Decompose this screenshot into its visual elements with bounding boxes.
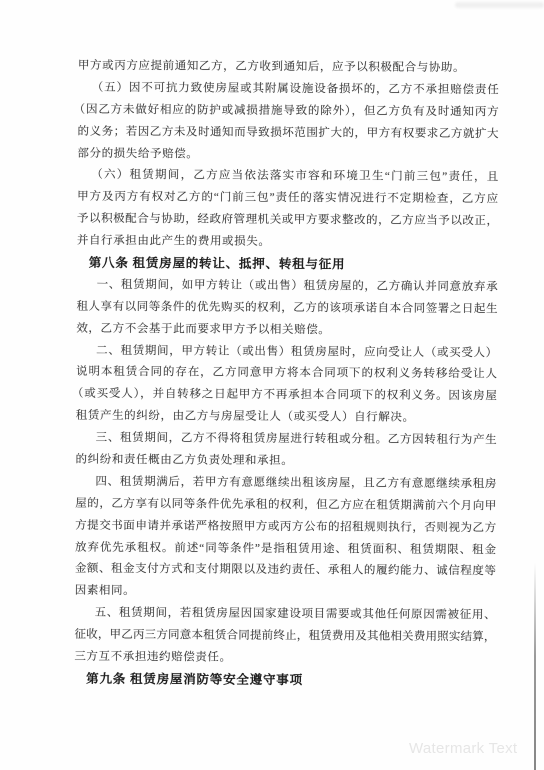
document-line: （或买受人），并自转移之日起甲方不再承担本合同项下的权利义务。因该房屋 xyxy=(76,384,497,408)
document-line: 二、租赁期间，甲方转让（或出售）租赁房屋时，应向受让人（或买受人） xyxy=(76,340,497,364)
document-line: 五、租赁期间，若租赁房屋因国家建设项目需要或其他任何原因需被征用、 xyxy=(75,603,496,627)
document-line: 的义务；若因乙方未及时通知而导致损坏范围扩大的，甲方有权要求乙方就扩大 xyxy=(77,121,498,145)
document-line: 甲方或丙方应提前通知乙方，乙方收到通知后，应予以积极配合与协助。 xyxy=(78,56,499,80)
watermark-text: Watermark Text xyxy=(409,740,517,757)
document-line: 屋的，乙方享有以同等条件优先承租的权利，但乙方应在租赁期满前六个月向甲 xyxy=(75,494,496,518)
document-line: 说明本租赁合同的存在，乙方同意甲方将本合同项下的权利义务转移给受让人 xyxy=(76,362,497,386)
document-line: （因乙方未做好相应的防护或减损措施导致的除外），但乙方负有及时通知丙方 xyxy=(78,99,499,123)
document-line: 租赁产生的纠纷，由乙方与房屋受让人（或买受人）自行解决。 xyxy=(76,406,497,430)
document-line: 金额、租金支付方式和支付期限以及违约责任、承租人的履约能力、诚信程度等 xyxy=(75,559,496,583)
document-line: （六）租赁期间，乙方应当依法落实市容和环境卫生“门前三包”责任，且 xyxy=(77,165,498,189)
scan-smudge xyxy=(455,2,544,8)
document-page: 甲方或丙方应提前通知乙方，乙方收到通知后，应予以积极配合与协助。（五）因不可抗力… xyxy=(0,0,544,770)
document-line: 租人享有以同等条件的优先购买的权利，乙方的该项承诺自本合同签署之日起生 xyxy=(76,297,497,321)
document-line: 放弃优先承租权。前述“同等条件”是指租赁用途、租赁面积、租赁期限、租金 xyxy=(75,537,496,561)
document-line: 的纠纷和责任概由乙方负责处理和承担。 xyxy=(75,450,496,474)
document-line: 四、租赁期满后，若甲方有意愿继续出租该房屋，且乙方有意愿继续承租房 xyxy=(75,472,496,496)
document-line: 一、租赁期间，如甲方转让（或出售）租赁房屋的，乙方确认并同意放弃承 xyxy=(77,275,498,299)
document-line: 三、租赁期间，乙方不得将租赁房屋进行转租或分租。乙方因转租行为产生 xyxy=(76,428,497,452)
document-line: 征收，甲乙丙三方同意本租赁合同提前终止，租赁费用及其他相关费用照实结算， xyxy=(74,625,495,649)
document-line: 因素相同。 xyxy=(75,581,496,605)
document-line: 甲方及丙方有权对乙方的“门前三包”责任的落实情况进行不定期检查，乙方应 xyxy=(77,187,498,211)
document-line: 三方互不承担违约赔偿责任。 xyxy=(74,647,495,671)
document-line: 方提交书面申请并承诺严格按照甲方或丙方公布的招租规则执行，否则视为乙方 xyxy=(75,515,496,539)
document-line: 效，乙方不会基于此而要求甲方予以相关赔偿。 xyxy=(76,318,497,342)
document-line: 部分的损失给予赔偿。 xyxy=(77,143,498,167)
document-line: 予以积极配合与协助，经政府管理机关或甲方要求整改的，乙方应当予以改正， xyxy=(77,209,498,233)
document-heading-line: 第八条 租赁房屋的转让、抵押、转租与征用 xyxy=(77,253,498,277)
document-line: （五）因不可抗力致使房屋或其附属设施设备损坏的，乙方不承担赔偿责任 xyxy=(78,78,499,102)
document-line: 并自行承担由此产生的费用或损失。 xyxy=(77,231,498,255)
document-text-block: 甲方或丙方应提前通知乙方，乙方收到通知后，应予以积极配合与协助。（五）因不可抗力… xyxy=(74,56,499,693)
document-heading-line: 第九条 租赁房屋消防等安全遵守事项 xyxy=(74,669,495,693)
scan-edge-line xyxy=(534,563,536,770)
